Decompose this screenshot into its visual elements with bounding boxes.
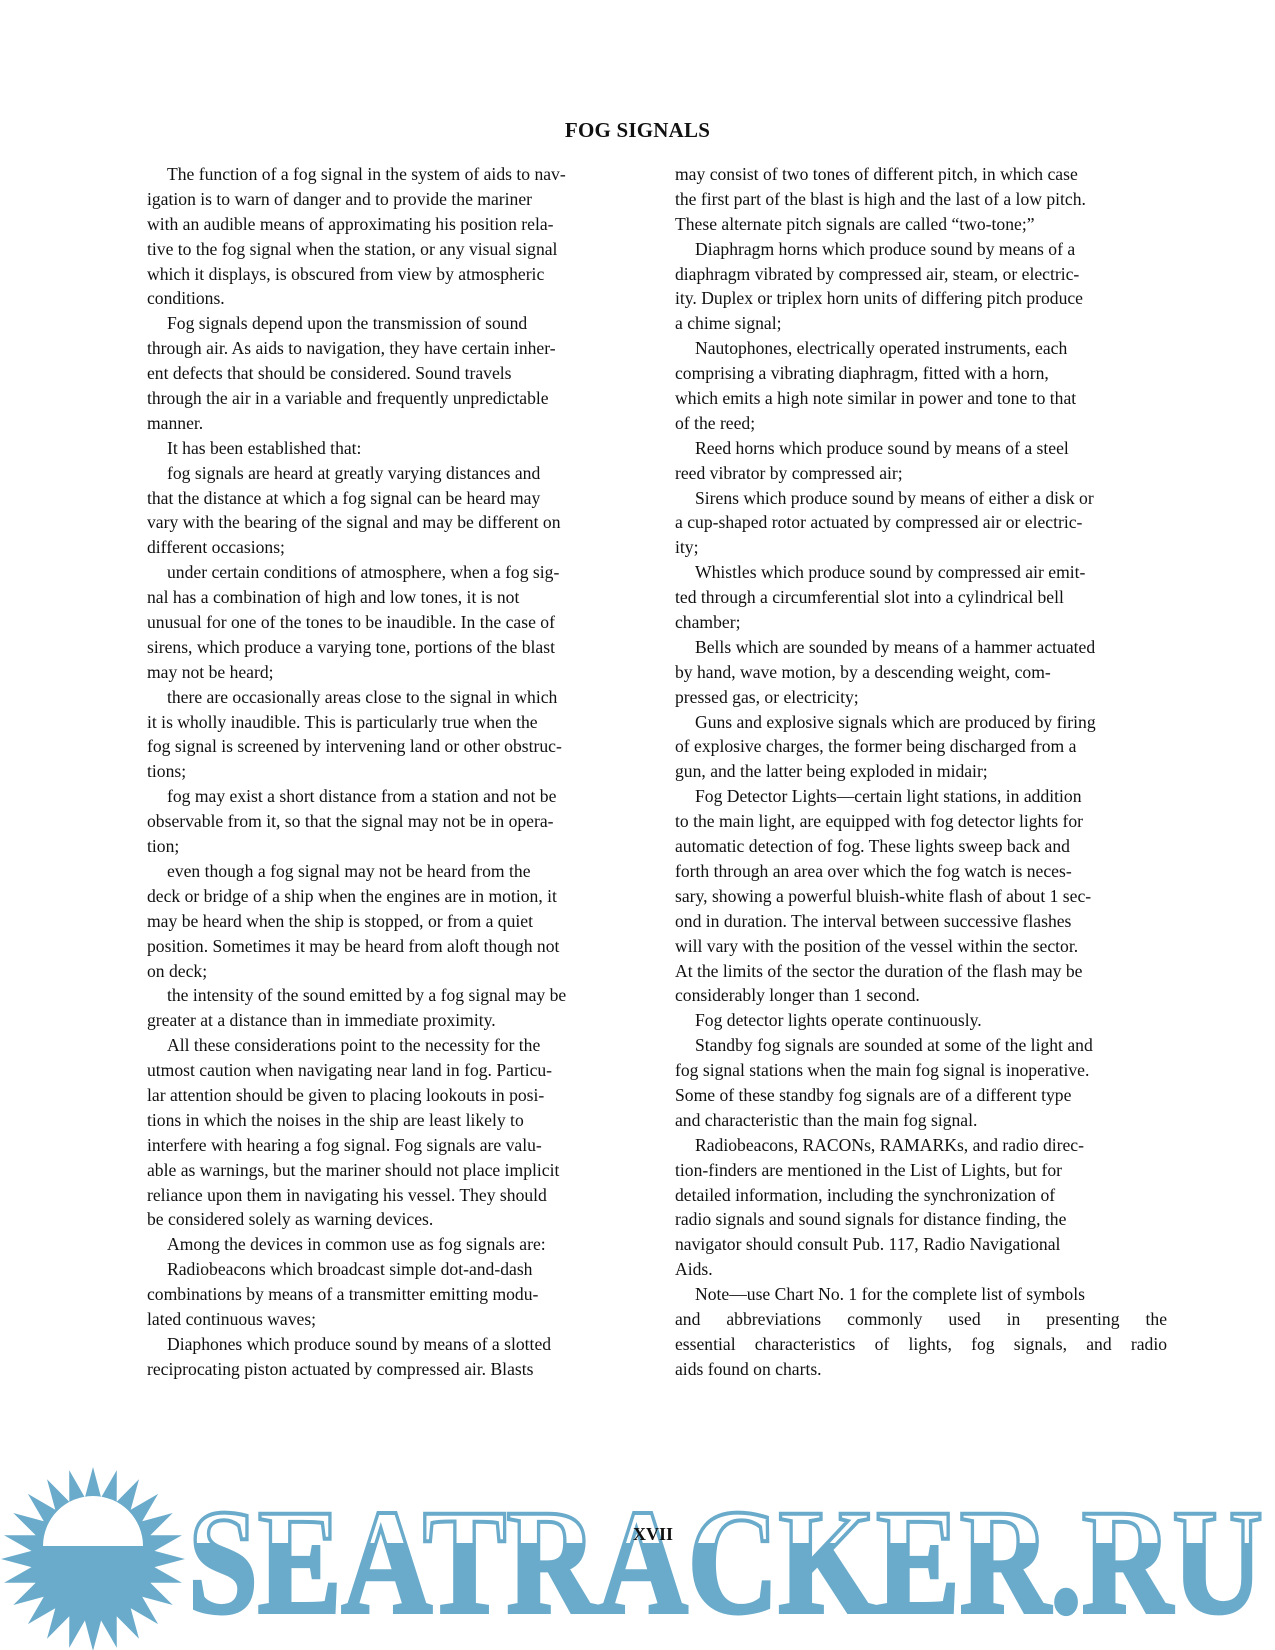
text-line: deck or bridge of a ship when the engine… (147, 884, 637, 909)
text-line: lated continuous waves; (147, 1307, 637, 1332)
text-line: may consist of two tones of different pi… (675, 162, 1167, 187)
text-line: sirens, which produce a varying tone, po… (147, 635, 637, 660)
text-line: chamber; (675, 610, 1167, 635)
text-line: which it displays, is obscured from view… (147, 262, 637, 287)
text-line: position. Sometimes it may be heard from… (147, 934, 637, 959)
text-line: Fog signals depend upon the transmission… (147, 311, 637, 336)
text-line: essential characteristics of lights, fog… (675, 1332, 1167, 1357)
text-line: Some of these standby fog signals are of… (675, 1083, 1167, 1108)
text-line: it is wholly inaudible. This is particul… (147, 710, 637, 735)
text-line: fog signal stations when the main fog si… (675, 1058, 1167, 1083)
text-line: radio signals and sound signals for dist… (675, 1207, 1167, 1232)
text-line: that the distance at which a fog signal … (147, 486, 637, 511)
text-line: and characteristic than the main fog sig… (675, 1108, 1167, 1133)
text-line: diaphragm vibrated by compressed air, st… (675, 262, 1167, 287)
text-line: ity. Duplex or triplex horn units of dif… (675, 286, 1167, 311)
text-line: ity; (675, 535, 1167, 560)
text-line: the first part of the blast is high and … (675, 187, 1167, 212)
text-line: by hand, wave motion, by a descending we… (675, 660, 1167, 685)
text-line: able as warnings, but the mariner should… (147, 1158, 637, 1183)
text-line: Whistles which produce sound by compress… (675, 560, 1167, 585)
text-line: a chime signal; (675, 311, 1167, 336)
text-line: Diaphones which produce sound by means o… (147, 1332, 637, 1357)
text-line: lar attention should be given to placing… (147, 1083, 637, 1108)
text-line: ent defects that should be considered. S… (147, 361, 637, 386)
text-line: Reed horns which produce sound by means … (675, 436, 1167, 461)
text-line: will vary with the position of the vesse… (675, 934, 1167, 959)
text-line: observable from it, so that the signal m… (147, 809, 637, 834)
text-line: At the limits of the sector the duration… (675, 959, 1167, 984)
text-line: there are occasionally areas close to th… (147, 685, 637, 710)
text-line: aids found on charts. (675, 1357, 1167, 1382)
text-line: nal has a combination of high and low to… (147, 585, 637, 610)
text-line: tion; (147, 834, 637, 859)
text-line: Standby fog signals are sounded at some … (675, 1033, 1167, 1058)
text-line: the intensity of the sound emitted by a … (147, 983, 637, 1008)
text-line: Aids. (675, 1257, 1167, 1282)
text-line: Diaphragm horns which produce sound by m… (675, 237, 1167, 262)
text-line: on deck; (147, 959, 637, 984)
text-line: Guns and explosive signals which are pro… (675, 710, 1167, 735)
text-line: navigator should consult Pub. 117, Radio… (675, 1232, 1167, 1257)
text-line: fog signals are heard at greatly varying… (147, 461, 637, 486)
text-line: detailed information, including the sync… (675, 1183, 1167, 1208)
text-line: fog may exist a short distance from a st… (147, 784, 637, 809)
text-line: even though a fog signal may not be hear… (147, 859, 637, 884)
text-line: reciprocating piston actuated by compres… (147, 1357, 637, 1382)
text-line: sary, showing a powerful bluish-white fl… (675, 884, 1167, 909)
text-line: with an audible means of approximating h… (147, 212, 637, 237)
left-text-column: The function of a fog signal in the syst… (147, 162, 637, 1382)
text-line: comprising a vibrating diaphragm, fitted… (675, 361, 1167, 386)
text-line: tive to the fog signal when the station,… (147, 237, 637, 262)
text-line: through the air in a variable and freque… (147, 386, 637, 411)
seatracker-watermark: SEATRACKER.RU SEATRACKER.RU (0, 1455, 1275, 1650)
text-line: pressed gas, or electricity; (675, 685, 1167, 710)
text-line: Fog detector lights operate continuously… (675, 1008, 1167, 1033)
sun-over-sea-icon: SEATRACKER.RU SEATRACKER.RU (0, 1455, 1275, 1650)
page-number: XVII (633, 1524, 673, 1545)
text-line: utmost caution when navigating near land… (147, 1058, 637, 1083)
text-line: greater at a distance than in immediate … (147, 1008, 637, 1033)
text-line: Nautophones, electrically operated instr… (675, 336, 1167, 361)
text-line: forth through an area over which the fog… (675, 859, 1167, 884)
text-line: Radiobeacons, RACONs, RAMARKs, and radio… (675, 1133, 1167, 1158)
text-line: These alternate pitch signals are called… (675, 212, 1167, 237)
text-line: which emits a high note similar in power… (675, 386, 1167, 411)
text-line: may not be heard; (147, 660, 637, 685)
text-line: All these considerations point to the ne… (147, 1033, 637, 1058)
text-line: interfere with hearing a fog signal. Fog… (147, 1133, 637, 1158)
text-line: gun, and the latter being exploded in mi… (675, 759, 1167, 784)
page-title: FOG SIGNALS (0, 118, 1275, 143)
text-line: Fog Detector Lights—certain light statio… (675, 784, 1167, 809)
text-line: reliance upon them in navigating his ves… (147, 1183, 637, 1208)
text-line: considerably longer than 1 second. (675, 983, 1167, 1008)
text-line: The function of a fog signal in the syst… (147, 162, 637, 187)
text-line: Sirens which produce sound by means of e… (675, 486, 1167, 511)
text-line: different occasions; (147, 535, 637, 560)
text-line: under certain conditions of atmosphere, … (147, 560, 637, 585)
text-line: It has been established that: (147, 436, 637, 461)
text-line: Among the devices in common use as fog s… (147, 1232, 637, 1257)
text-line: may be heard when the ship is stopped, o… (147, 909, 637, 934)
text-line: Radiobeacons which broadcast simple dot-… (147, 1257, 637, 1282)
text-line: and abbreviations commonly used in prese… (675, 1307, 1167, 1332)
text-line: ted through a circumferential slot into … (675, 585, 1167, 610)
text-line: to the main light, are equipped with fog… (675, 809, 1167, 834)
text-line: automatic detection of fog. These lights… (675, 834, 1167, 859)
text-line: tions in which the noises in the ship ar… (147, 1108, 637, 1133)
text-line: fog signal is screened by intervening la… (147, 734, 637, 759)
text-line: tion-finders are mentioned in the List o… (675, 1158, 1167, 1183)
text-line: Bells which are sounded by means of a ha… (675, 635, 1167, 660)
text-line: igation is to warn of danger and to prov… (147, 187, 637, 212)
text-line: of the reed; (675, 411, 1167, 436)
text-line: be considered solely as warning devices. (147, 1207, 637, 1232)
text-line: manner. (147, 411, 637, 436)
text-line: through air. As aids to navigation, they… (147, 336, 637, 361)
text-line: unusual for one of the tones to be inaud… (147, 610, 637, 635)
text-line: vary with the bearing of the signal and … (147, 510, 637, 535)
text-line: conditions. (147, 286, 637, 311)
text-line: ond in duration. The interval between su… (675, 909, 1167, 934)
text-line: a cup-shaped rotor actuated by compresse… (675, 510, 1167, 535)
text-line: tions; (147, 759, 637, 784)
text-line: Note—use Chart No. 1 for the complete li… (675, 1282, 1167, 1307)
text-line: of explosive charges, the former being d… (675, 734, 1167, 759)
text-line: combinations by means of a transmitter e… (147, 1282, 637, 1307)
right-text-column: may consist of two tones of different pi… (675, 162, 1167, 1382)
text-line: reed vibrator by compressed air; (675, 461, 1167, 486)
